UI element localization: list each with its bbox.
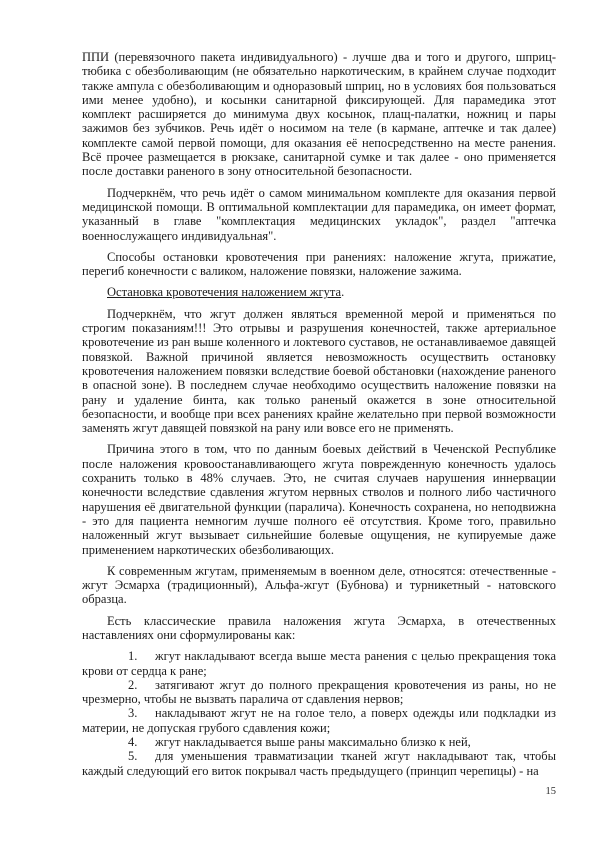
paragraph-modern-tourniquets: К современным жгутам, применяемым в воен… xyxy=(82,564,556,607)
list-item: 3.накладывают жгут не на голое тело, а п… xyxy=(82,706,556,735)
paragraph-minimal-kit: Подчеркнём, что речь идёт о самом минима… xyxy=(82,186,556,243)
list-item-text: жгут накладывается выше раны максимально… xyxy=(155,735,471,749)
section-heading-text: Остановка кровотечения наложением жгута xyxy=(107,285,341,299)
paragraph-chechen-statistics: Причина этого в том, что по данным боевы… xyxy=(82,442,556,556)
page-number: 15 xyxy=(546,786,557,798)
list-item-number: 5. xyxy=(128,749,155,763)
paragraph-bleeding-control-methods: Способы остановки кровотечения при ранен… xyxy=(82,250,556,279)
paragraph-tourniquet-indications: Подчеркнём, что жгут должен являться вре… xyxy=(82,307,556,436)
list-item: 4.жгут накладывается выше раны максималь… xyxy=(82,735,556,749)
list-item-number: 3. xyxy=(128,706,155,720)
section-heading-period: . xyxy=(341,285,344,299)
section-heading: Остановка кровотечения наложением жгута. xyxy=(82,285,556,299)
list-item: 2.затягивают жгут до полного прекращения… xyxy=(82,678,556,707)
document-page: ППИ (перевязочного пакета индивидуальног… xyxy=(0,0,600,849)
list-item: 1.жгут накладывают всегда выше места ран… xyxy=(82,649,556,678)
list-item-number: 1. xyxy=(128,649,155,663)
list-item-number: 4. xyxy=(128,735,155,749)
list-item-number: 2. xyxy=(128,678,155,692)
text-column: ППИ (перевязочного пакета индивидуальног… xyxy=(82,50,556,778)
list-item: 5.для уменьшения травматизации тканей жг… xyxy=(82,749,556,778)
paragraph-ppi-kit: ППИ (перевязочного пакета индивидуальног… xyxy=(82,50,556,179)
paragraph-esmarch-rules-intro: Есть классические правила наложения жгут… xyxy=(82,614,556,643)
